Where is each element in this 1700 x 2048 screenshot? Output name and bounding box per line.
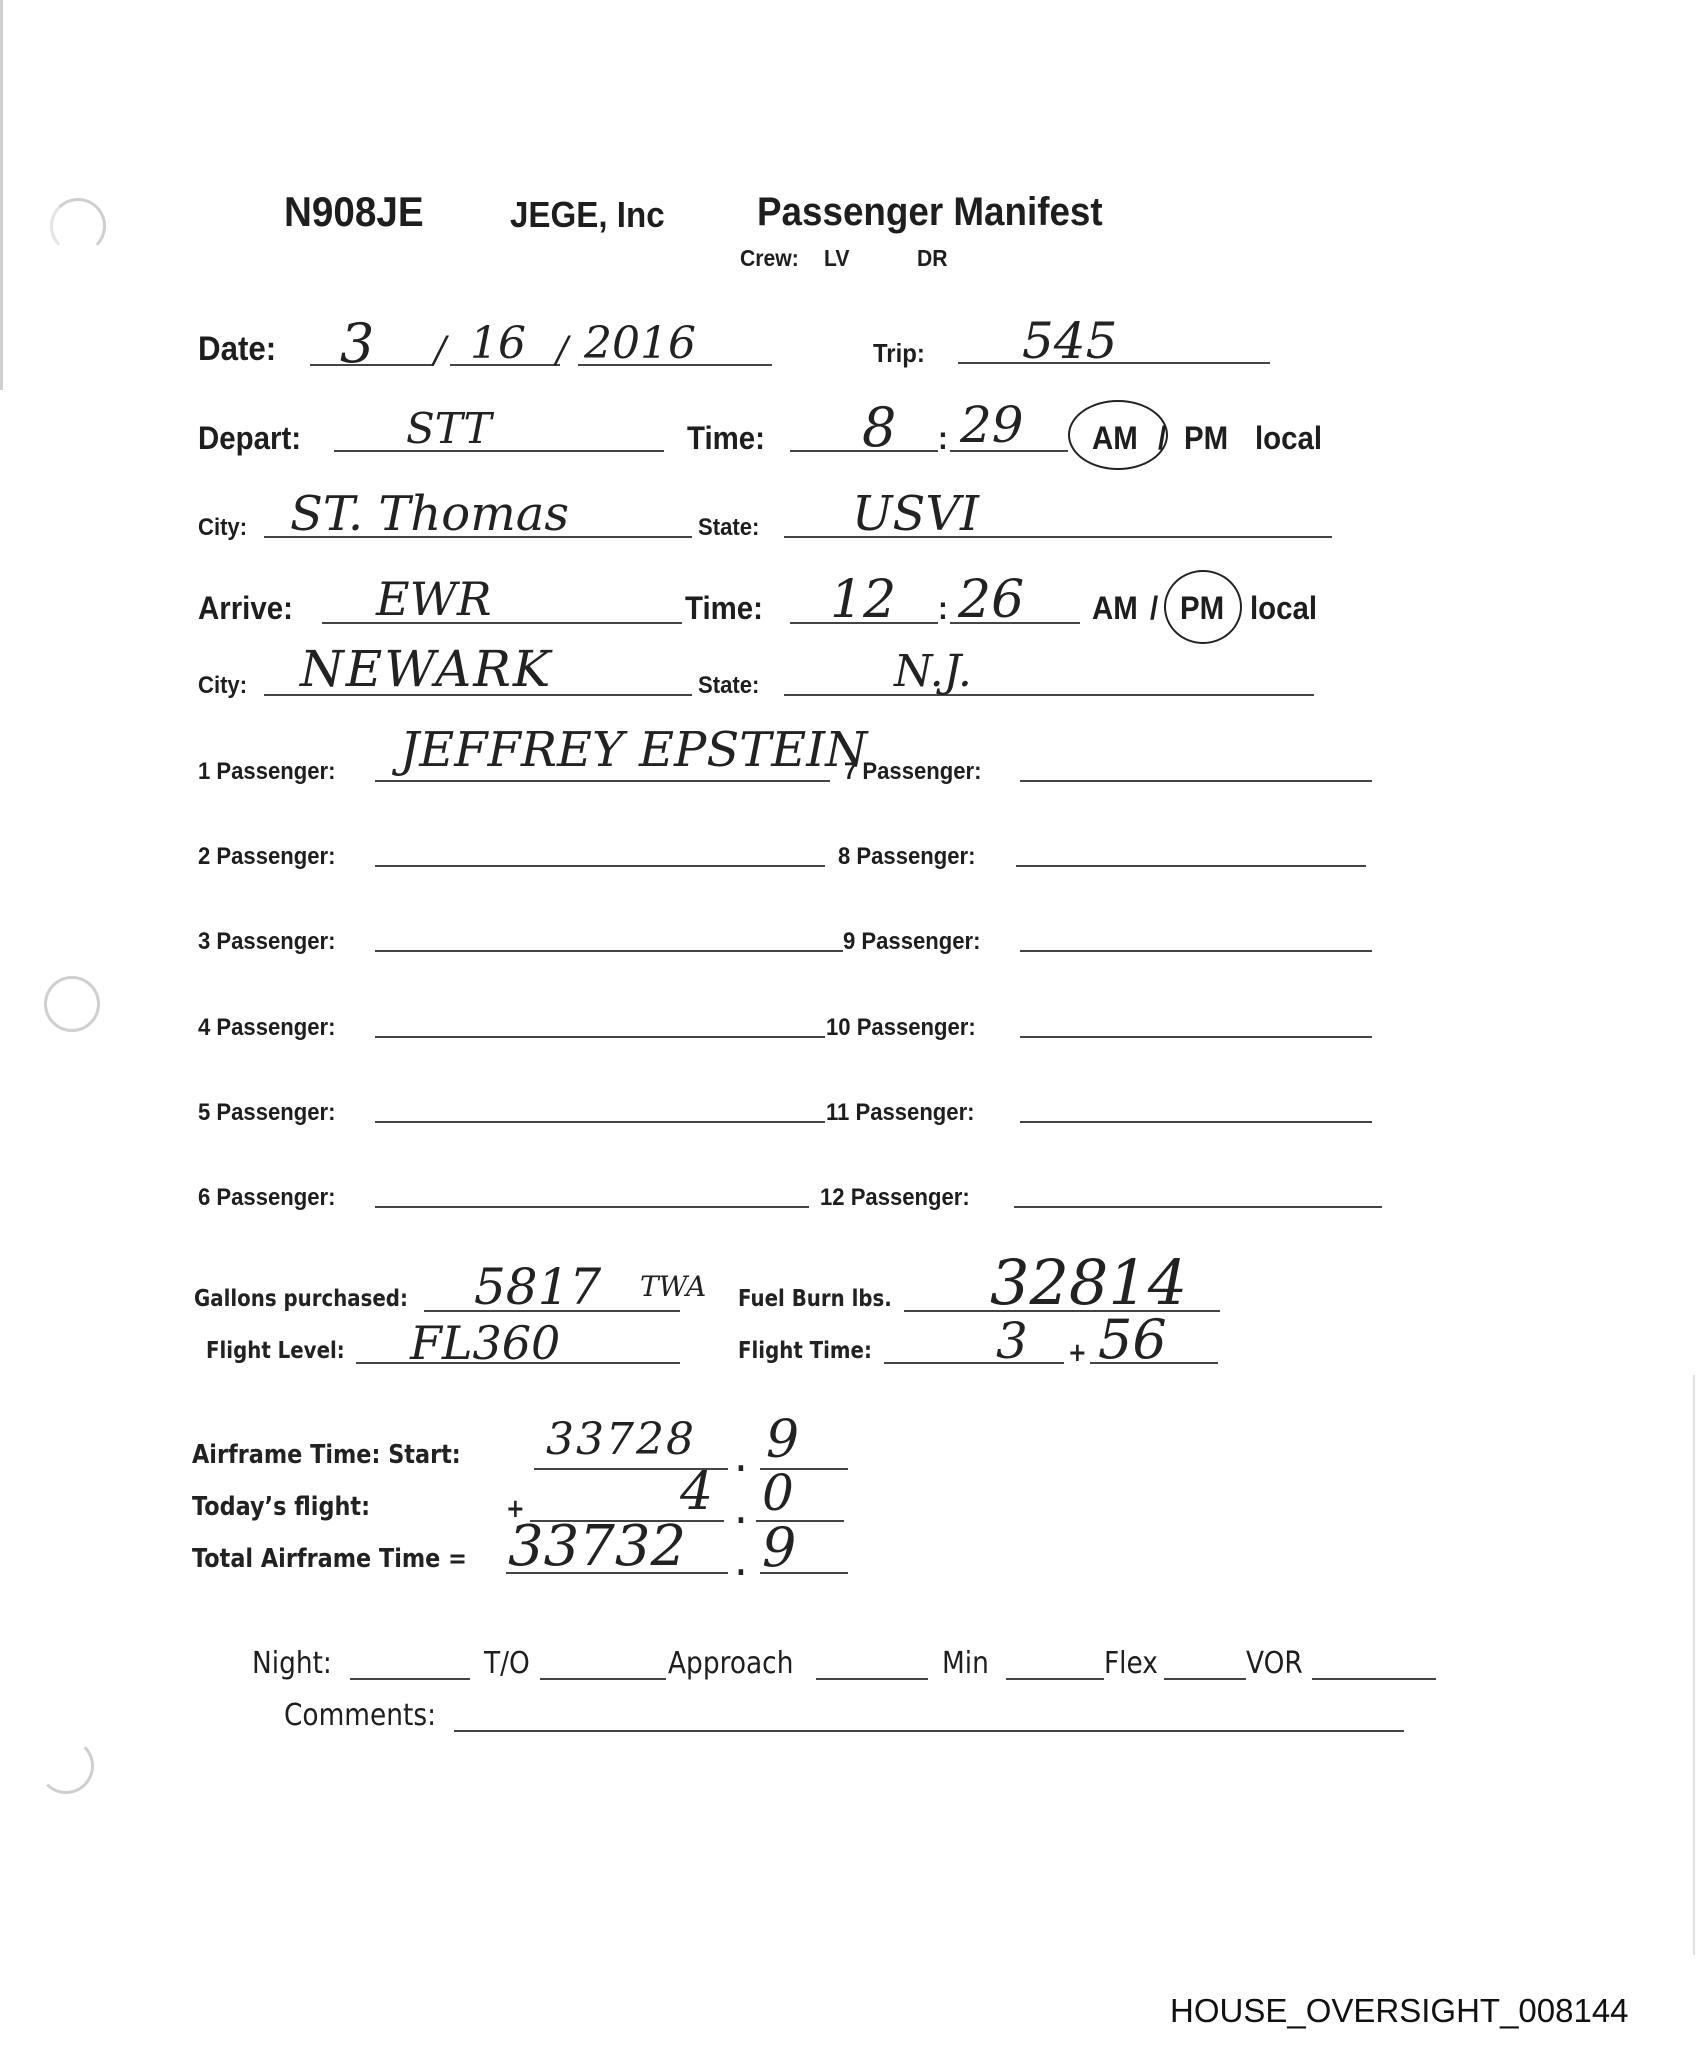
passenger-9-line: [1020, 950, 1372, 952]
right-scan-edge: [1693, 1375, 1695, 1955]
flight-level-value[interactable]: FL360: [410, 1316, 560, 1370]
passenger-7-line: [1020, 780, 1372, 782]
passenger-8-label: 8 Passenger:: [838, 843, 975, 871]
night-label: Night:: [252, 1646, 332, 1681]
trip-number-value[interactable]: 545: [1022, 312, 1117, 370]
arrive-am-option[interactable]: AM: [1092, 590, 1138, 627]
total-airframe-label: Total Airframe Time =: [192, 1544, 467, 1574]
flight-time-minutes-value[interactable]: 56: [1098, 1308, 1167, 1371]
depart-airport-value[interactable]: STT: [406, 404, 492, 453]
total-airframe-dot: .: [736, 1548, 746, 1583]
arrive-time-label: Time:: [685, 590, 763, 627]
manifest-page: N908JE JEGE, Inc Passenger Manifest Crew…: [0, 0, 1700, 2048]
passenger-4-label: 4 Passenger:: [198, 1014, 335, 1042]
approach-line: [816, 1678, 928, 1680]
comments-line[interactable]: [454, 1730, 1404, 1732]
arrive-hour-value[interactable]: 12: [830, 570, 896, 630]
arrive-label: Arrive:: [198, 590, 293, 627]
arrive-period-slash: /: [1150, 590, 1158, 627]
airframe-start-dot: .: [736, 1444, 746, 1479]
todays-flight-label: Today’s flight:: [192, 1492, 370, 1522]
flight-time-plus: +: [1068, 1338, 1087, 1368]
date-month-value[interactable]: 3: [340, 312, 374, 375]
takeoff-label: T/O: [484, 1646, 530, 1681]
passenger-9-label: 9 Passenger:: [843, 928, 980, 956]
passenger-5-label: 5 Passenger:: [198, 1099, 335, 1127]
date-sep-1: /: [434, 330, 446, 371]
min-label: Min: [942, 1646, 989, 1681]
passenger-6-line: [375, 1206, 809, 1208]
depart-city-value[interactable]: ST. Thomas: [290, 486, 569, 542]
left-scan-edge: [0, 0, 3, 390]
date-sep-2: /: [556, 330, 568, 371]
passenger-7-label: 7 Passenger:: [844, 758, 981, 786]
arrive-state-label: State:: [698, 672, 759, 700]
todays-flight-dot: .: [736, 1496, 746, 1531]
passenger-2-line: [375, 865, 825, 867]
depart-city-label: City:: [198, 514, 247, 542]
arrive-city-label: City:: [198, 672, 247, 700]
depart-time-label: Time:: [687, 420, 765, 457]
date-label: Date:: [198, 330, 276, 369]
gallons-purchased-label: Gallons purchased:: [194, 1286, 408, 1312]
depart-pm-option[interactable]: PM: [1184, 420, 1228, 457]
passenger-8-line: [1016, 865, 1366, 867]
airframe-start-whole-value[interactable]: 33728: [546, 1414, 696, 1465]
gallons-purchased-value[interactable]: 5817: [474, 1258, 601, 1316]
flight-time-label: Flight Time:: [738, 1338, 872, 1364]
tail-number: N908JE: [284, 188, 424, 236]
flex-label: Flex: [1104, 1646, 1158, 1681]
comments-label: Comments:: [284, 1698, 436, 1733]
depart-period-slash: /: [1158, 420, 1166, 457]
passenger-10-line: [1020, 1036, 1372, 1038]
crew-label: Crew:: [740, 245, 799, 272]
passenger-4-line: [375, 1036, 825, 1038]
passenger-6-label: 6 Passenger:: [198, 1184, 335, 1212]
passenger-1-value[interactable]: JEFFREY EPSTEIN: [400, 722, 867, 778]
flight-level-label: Flight Level:: [206, 1338, 345, 1364]
depart-minute-value[interactable]: 29: [960, 396, 1024, 454]
depart-state-label: State:: [698, 514, 759, 542]
flight-time-hours-value[interactable]: 3: [996, 1312, 1028, 1370]
depart-hour-value[interactable]: 8: [862, 396, 896, 459]
passenger-2-label: 2 Passenger:: [198, 843, 335, 871]
arrive-minute-value[interactable]: 26: [958, 570, 1024, 630]
company-name: JEGE, Inc: [510, 194, 665, 236]
passenger-1-line: [375, 780, 830, 782]
bates-number: HOUSE_OVERSIGHT_008144: [1170, 1992, 1629, 2030]
depart-am-option[interactable]: AM: [1092, 420, 1138, 457]
depart-label: Depart:: [198, 420, 301, 457]
total-airframe-tenth-value[interactable]: 9: [762, 1516, 796, 1579]
page-title: Passenger Manifest: [757, 190, 1103, 235]
depart-local-label: local: [1255, 420, 1322, 457]
vor-line: [1312, 1678, 1436, 1680]
passenger-5-line: [375, 1121, 825, 1123]
arrive-time-colon: :: [938, 590, 948, 627]
hole-punch-top: [50, 198, 106, 254]
fuel-burn-label: Fuel Burn lbs.: [738, 1286, 892, 1312]
passenger-11-label: 11 Passenger:: [826, 1099, 975, 1127]
passenger-3-line: [375, 950, 843, 952]
passenger-1-label: 1 Passenger:: [198, 758, 335, 786]
min-line: [1006, 1678, 1104, 1680]
depart-line: [334, 450, 664, 452]
date-day-value[interactable]: 16: [470, 318, 526, 369]
arrive-airport-value[interactable]: EWR: [376, 572, 492, 626]
depart-state-value[interactable]: USVI: [852, 486, 979, 542]
arrive-state-line: [784, 694, 1314, 696]
night-line: [350, 1678, 470, 1680]
hole-punch-middle: [44, 976, 100, 1032]
arrive-pm-option[interactable]: PM: [1180, 590, 1224, 627]
arrive-state-value[interactable]: N.J.: [894, 646, 972, 697]
passenger-11-line: [1020, 1121, 1372, 1123]
passenger-12-label: 12 Passenger:: [820, 1184, 970, 1212]
depart-time-colon: :: [938, 420, 948, 457]
crew-member-2: DR: [917, 245, 948, 272]
arrive-city-value[interactable]: NEWARK: [300, 640, 552, 698]
takeoff-line: [540, 1678, 666, 1680]
gallons-purchased-note[interactable]: TWA: [640, 1270, 706, 1303]
crew-member-1: LV: [824, 245, 849, 272]
flex-line: [1164, 1678, 1246, 1680]
trip-label: Trip:: [873, 338, 925, 369]
total-airframe-whole-value[interactable]: 33732: [508, 1514, 686, 1579]
passenger-12-line: [1014, 1206, 1382, 1208]
todays-flight-whole-value[interactable]: 4: [680, 1462, 713, 1522]
airframe-start-label: Airframe Time: Start:: [192, 1440, 461, 1470]
arrive-local-label: local: [1250, 590, 1317, 627]
date-year-value[interactable]: 2016: [584, 318, 696, 369]
approach-label: Approach: [668, 1646, 793, 1681]
flight-time-hours-line: [884, 1362, 1064, 1364]
hole-punch-bottom: [38, 1738, 94, 1794]
passenger-3-label: 3 Passenger:: [198, 928, 335, 956]
vor-label: VOR: [1246, 1646, 1303, 1681]
passenger-10-label: 10 Passenger:: [826, 1014, 976, 1042]
todays-flight-tenth-value[interactable]: 0: [762, 1464, 794, 1522]
airframe-start-tenth-value[interactable]: 9: [766, 1410, 799, 1470]
